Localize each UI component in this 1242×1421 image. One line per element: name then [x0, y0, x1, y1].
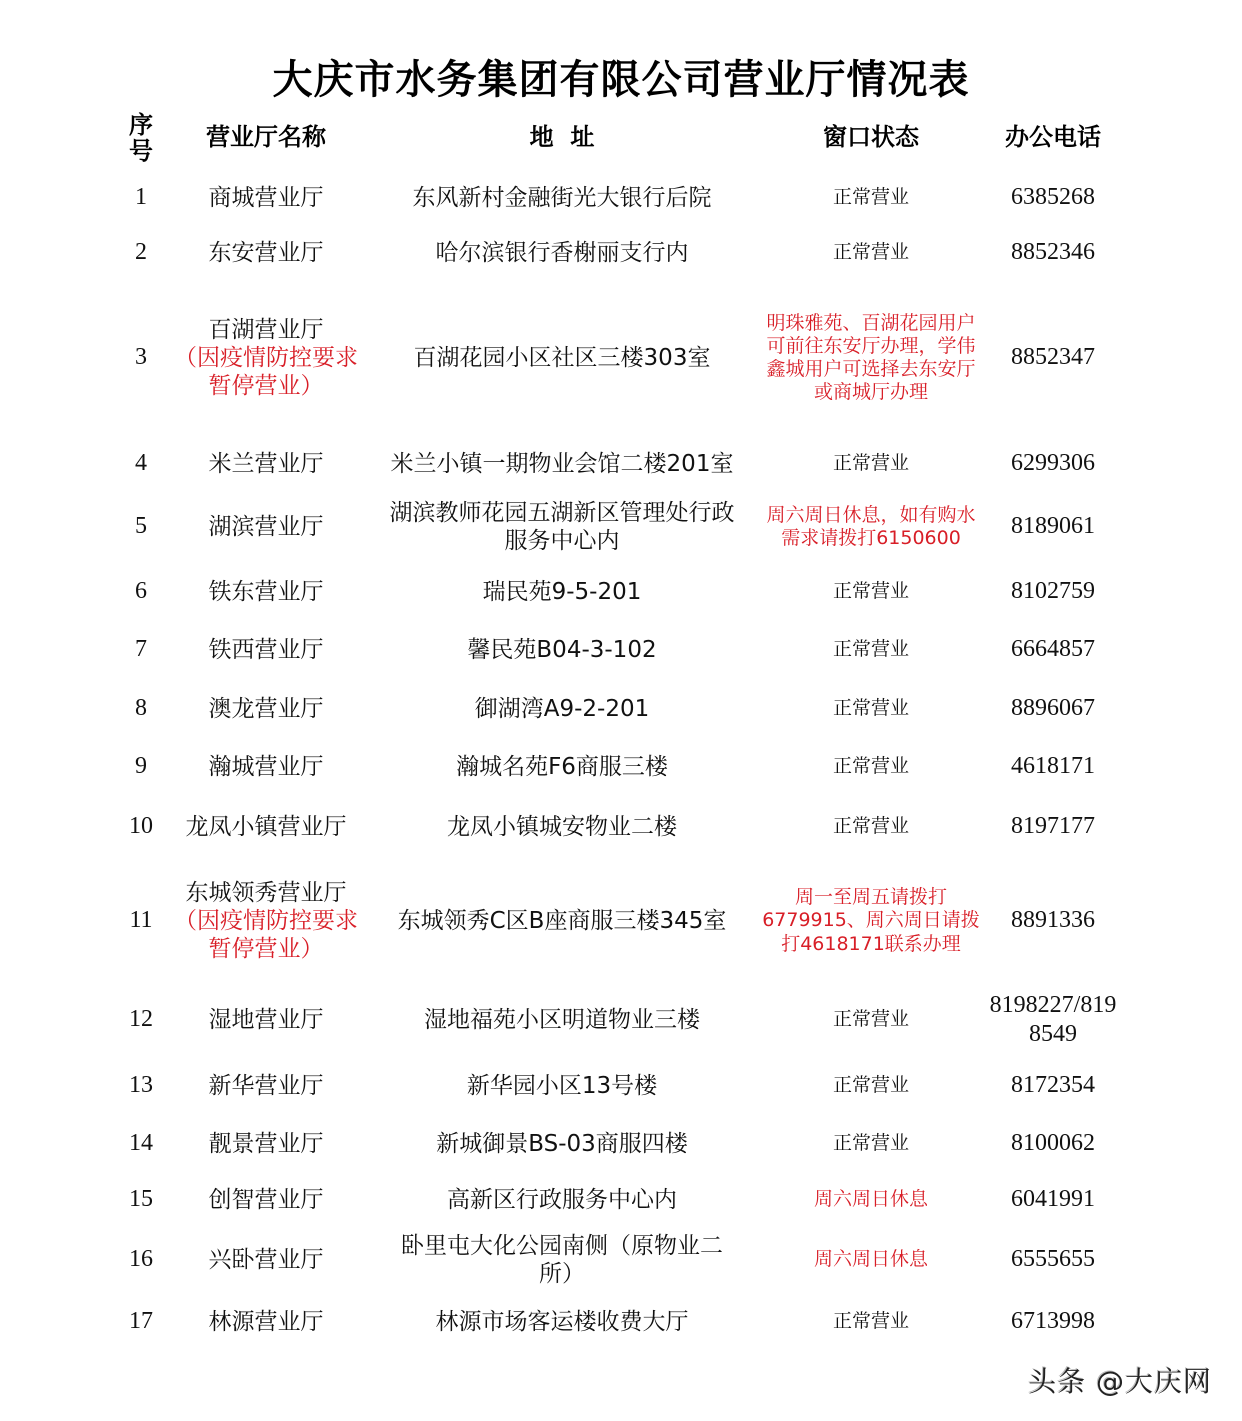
row-seq: 15 [110, 1180, 172, 1220]
header-name: 营业厅名称 [166, 118, 366, 158]
row-address-line: 所） [539, 1260, 585, 1288]
header-seq-line1: 序 [129, 112, 153, 138]
header-seq: 序 号 [110, 108, 172, 168]
row-phone: 6385268 [982, 178, 1124, 218]
row-status: 正常营业 [752, 747, 990, 787]
row-phone: 8189061 [982, 507, 1124, 547]
row-status-line: 鑫城用户可选择去东安厅 [766, 358, 975, 381]
row-name: 铁东营业厅 [166, 572, 366, 612]
row-address: 新华园小区13号楼 [362, 1066, 762, 1106]
row-seq: 13 [110, 1066, 172, 1106]
row-status-alert: 周一至周五请拨打 6779915、周六周日请拨 打4618171联系办理 [752, 880, 990, 962]
row-name-block: 东城领秀营业厅 （因疫情防控要求 暂停营业） [166, 875, 366, 967]
row-phone: 6713998 [982, 1302, 1124, 1342]
row-phone: 6664857 [982, 630, 1124, 670]
row-status: 正常营业 [752, 1000, 990, 1040]
row-name: 靓景营业厅 [166, 1124, 366, 1164]
row-status-line: 6779915、周六周日请拨 [762, 909, 980, 932]
row-phone-line: 8549 [1029, 1020, 1077, 1049]
page-title: 大庆市水务集团有限公司营业厅情况表 [0, 48, 1242, 105]
row-address: 高新区行政服务中心内 [362, 1180, 762, 1220]
row-address-line: 卧里屯大化公园南侧（原物业二 [401, 1232, 723, 1260]
watermark: 头条 @大庆网 [1028, 1360, 1212, 1400]
row-name-note-line1: （因疫情防控要求 [174, 344, 358, 372]
row-name: 创智营业厅 [166, 1180, 366, 1220]
row-name: 东城领秀营业厅 [186, 879, 347, 907]
row-status: 正常营业 [752, 1302, 990, 1342]
row-phone-block: 8198227/819 8549 [982, 990, 1124, 1050]
row-status: 正常营业 [752, 1124, 990, 1164]
row-seq: 8 [110, 689, 172, 729]
row-address: 米兰小镇一期物业会馆二楼201室 [362, 444, 762, 484]
row-phone: 6041991 [982, 1180, 1124, 1220]
row-status-line: 或商城厅办理 [814, 381, 928, 404]
row-phone-line: 8198227/819 [990, 991, 1117, 1020]
row-seq: 11 [110, 901, 172, 941]
row-address: 百湖花园小区社区三楼303室 [362, 338, 762, 378]
row-address: 瑞民苑9-5-201 [362, 572, 762, 612]
row-address: 哈尔滨银行香榭丽支行内 [362, 233, 762, 273]
row-status-alert: 周六周日休息，如有购水 需求请拨打6150600 [752, 499, 990, 555]
row-address-line: 湖滨教师花园五湖新区管理处行政 [390, 499, 735, 527]
row-phone: 6555655 [982, 1240, 1124, 1280]
row-phone: 6299306 [982, 444, 1124, 484]
row-status: 正常营业 [752, 572, 990, 612]
row-address: 馨民苑B04-3-102 [362, 630, 762, 670]
row-seq: 2 [110, 233, 172, 273]
row-address: 东风新村金融街光大银行后院 [362, 178, 762, 218]
row-status: 正常营业 [752, 807, 990, 847]
row-seq: 1 [110, 178, 172, 218]
row-name-note-line2: 暂停营业） [209, 935, 324, 963]
row-phone: 8197177 [982, 807, 1124, 847]
row-seq: 9 [110, 747, 172, 787]
row-seq: 7 [110, 630, 172, 670]
row-phone: 8102759 [982, 572, 1124, 612]
row-seq: 10 [110, 807, 172, 847]
row-name: 兴卧营业厅 [166, 1240, 366, 1280]
row-status-line: 需求请拨打6150600 [781, 527, 961, 550]
row-name-note-line2: 暂停营业） [209, 372, 324, 400]
row-seq: 3 [110, 338, 172, 378]
row-name: 瀚城营业厅 [166, 747, 366, 787]
row-name: 澳龙营业厅 [166, 689, 366, 729]
row-name: 龙凤小镇营业厅 [166, 807, 366, 847]
header-address: 地 址 [362, 118, 762, 158]
row-name: 湿地营业厅 [166, 1000, 366, 1040]
row-address-line: 服务中心内 [505, 527, 620, 555]
row-address: 东城领秀C区B座商服三楼345室 [362, 901, 762, 941]
row-name-note-line1: （因疫情防控要求 [174, 907, 358, 935]
row-address: 新城御景BS-03商服四楼 [362, 1124, 762, 1164]
row-phone: 8852347 [982, 338, 1124, 378]
row-address: 湿地福苑小区明道物业三楼 [362, 1000, 762, 1040]
row-status: 正常营业 [752, 1066, 990, 1106]
row-address-block: 卧里屯大化公园南侧（原物业二 所） [362, 1230, 762, 1290]
row-phone: 8172354 [982, 1066, 1124, 1106]
row-status-line: 打4618171联系办理 [781, 933, 961, 956]
row-address: 龙凤小镇城安物业二楼 [362, 807, 762, 847]
row-seq: 17 [110, 1302, 172, 1342]
row-name: 米兰营业厅 [166, 444, 366, 484]
row-name: 东安营业厅 [166, 233, 366, 273]
row-status-alert: 周六周日休息 [752, 1180, 990, 1220]
row-status-line: 可前往东安厅办理，学伟 [766, 335, 975, 358]
header-status: 窗口状态 [752, 118, 990, 158]
row-phone: 8852346 [982, 233, 1124, 273]
row-name: 百湖营业厅 [209, 316, 324, 344]
row-phone: 8100062 [982, 1124, 1124, 1164]
row-name: 商城营业厅 [166, 178, 366, 218]
row-address: 瀚城名苑F6商服三楼 [362, 747, 762, 787]
row-seq: 4 [110, 444, 172, 484]
row-seq: 16 [110, 1240, 172, 1280]
row-seq: 5 [110, 507, 172, 547]
row-name: 铁西营业厅 [166, 630, 366, 670]
row-name: 林源营业厅 [166, 1302, 366, 1342]
row-address: 御湖湾A9-2-201 [362, 689, 762, 729]
row-phone: 8896067 [982, 689, 1124, 729]
row-status-line: 周六周日休息，如有购水 [766, 504, 975, 527]
row-status: 正常营业 [752, 630, 990, 670]
row-status: 正常营业 [752, 178, 990, 218]
row-phone: 8891336 [982, 901, 1124, 941]
row-status-alert: 明珠雅苑、百湖花园用户 可前往东安厅办理，学伟 鑫城用户可选择去东安厅 或商城厅… [752, 306, 990, 410]
row-status: 正常营业 [752, 689, 990, 729]
row-status-line: 明珠雅苑、百湖花园用户 [766, 312, 975, 335]
row-seq: 6 [110, 572, 172, 612]
row-status-alert: 周六周日休息 [752, 1240, 990, 1280]
header-seq-line2: 号 [129, 138, 153, 164]
row-status: 正常营业 [752, 233, 990, 273]
row-address: 林源市场客运楼收费大厅 [362, 1302, 762, 1342]
row-name-block: 百湖营业厅 （因疫情防控要求 暂停营业） [166, 312, 366, 404]
row-status-line: 周一至周五请拨打 [795, 886, 947, 909]
row-name: 新华营业厅 [166, 1066, 366, 1106]
header-phone: 办公电话 [982, 118, 1124, 158]
row-name: 湖滨营业厅 [166, 507, 366, 547]
row-seq: 14 [110, 1124, 172, 1164]
row-status: 正常营业 [752, 444, 990, 484]
row-phone: 4618171 [982, 747, 1124, 787]
row-seq: 12 [110, 1000, 172, 1040]
row-address-block: 湖滨教师花园五湖新区管理处行政 服务中心内 [352, 497, 772, 557]
